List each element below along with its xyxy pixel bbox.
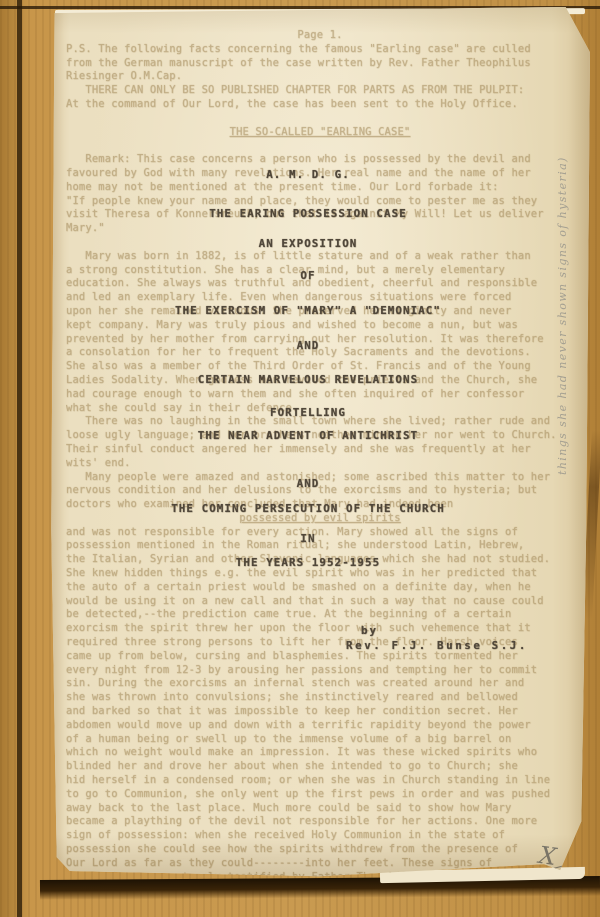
faint-text-line: required three strong persons to lift he… (66, 636, 574, 650)
faint-text-line: possession she could see how the spirits… (66, 843, 574, 857)
faint-text-line: upon her she remained virtuous. She pres… (66, 305, 574, 319)
faint-text-line: visit Theresa of Konnersreuth, but that … (66, 208, 574, 222)
faint-text-line: which no weight would make an impression… (66, 746, 574, 760)
faint-text-line: prevented by her mother from carrying ou… (66, 333, 574, 347)
faint-text-line: Page 1. (66, 29, 574, 43)
faint-text-line: doctors who examined her concluded that … (66, 498, 574, 512)
faint-text-line: and was not responsible for every action… (66, 526, 574, 540)
faint-text-line: Riesinger O.M.Cap. (66, 70, 574, 84)
faint-text-line: sin. During the exorcisms an infernal st… (66, 677, 574, 691)
faint-text-line: a consolation for her to frequent the Ho… (66, 346, 574, 360)
faint-text-line: P.S. The following facts concerning the … (66, 43, 574, 57)
faint-text-line: came up from below, cursing and blasphem… (66, 650, 574, 664)
faint-text-line: what she could say in their defence. (66, 402, 574, 416)
handwritten-margin-note: things she had never shown signs of hyst… (556, 30, 569, 475)
faint-text-line: and barked so that it was impossible to … (66, 705, 574, 719)
faint-text-line: favoured by God with many revelations. H… (66, 167, 574, 181)
faint-text-line: "If people knew your name and place, the… (66, 195, 574, 209)
faint-text-line: THERE CAN ONLY BE SO PUBLISHED CHAPTER F… (66, 84, 574, 98)
faint-text-line: education. She always was truthful and o… (66, 277, 574, 291)
faint-text-line: blinded her and drove her about when she… (66, 760, 574, 774)
faint-text-line: away back to the last place. Much more c… (66, 802, 574, 816)
faint-text-line: She knew hidden things e.g. the evil spi… (66, 567, 574, 581)
faint-text-line: Mary." (66, 222, 574, 236)
faint-text-line: There was no laughing in the small town … (66, 415, 574, 429)
faint-text-line: nervous condition and her delusions to t… (66, 484, 574, 498)
faint-text-line: Remark: This case concerns a person who … (66, 153, 574, 167)
faint-text-line: loose ugly language; and her brothers ne… (66, 429, 574, 443)
faint-text-line: She also was a member of the Third Order… (66, 360, 574, 374)
faint-text-line: abdomen would move up and down with a te… (66, 719, 574, 733)
faint-text-line: exorcism the spirit threw her upon the f… (66, 622, 574, 636)
faint-text-line: possession mentioned in the Roman ritual… (66, 539, 574, 553)
faint-text-line (66, 112, 574, 126)
faint-text-line: Mary was born in 1882, is of little stat… (66, 250, 574, 264)
faint-text-line: Their sinful conduct angered her immense… (66, 443, 574, 457)
faint-text-line: sign of possession: when she received Ho… (66, 829, 574, 843)
faint-text-line: home may not be mentioned at the present… (66, 181, 574, 195)
faint-text-line: and led an exemplary life. Even when dan… (66, 291, 574, 305)
faint-text-line: kept company. Mary was truly pious and w… (66, 319, 574, 333)
faint-text-line: be detected,--the prediction came true. … (66, 608, 574, 622)
faint-text-line (66, 139, 574, 153)
faint-text-line: from the German manuscript of the case w… (66, 57, 574, 71)
faint-text-line: of a human being or swell up to the imme… (66, 733, 574, 747)
faint-text-line: hid herself in a condensed room; or when… (66, 774, 574, 788)
faint-text-line: possessed by evil spirits (66, 512, 574, 526)
faint-text-line: the Italian, Syrian and other Slavonic l… (66, 553, 574, 567)
faint-text-line: THE SO-CALLED "EARLING CASE" (66, 126, 574, 140)
faint-text-line: Many people were amazed and astonished; … (66, 471, 574, 485)
faint-typed-text: Page 1.P.S. The following facts concerni… (66, 29, 574, 877)
faint-text-line: wits' end. (66, 457, 574, 471)
cardboard-edge-line (17, 0, 22, 917)
faint-text-line: Ladies Sodality. When godless men revile… (66, 374, 574, 388)
faint-text-line: would be using it on a new call and that… (66, 595, 574, 609)
faint-text-line: she was thrown into convulsions; she ins… (66, 691, 574, 705)
faint-text-line: had courage enough to warn them and she … (66, 388, 574, 402)
faint-text-line: became a plaything of the devil not resp… (66, 815, 574, 829)
faint-text-line: the auto of a certain priest would be sm… (66, 581, 574, 595)
faint-text-line (66, 236, 574, 250)
paper-sheet: Page 1.P.S. The following facts concerni… (48, 7, 590, 878)
faint-text-line: a strong constitution. She has a clear m… (66, 264, 574, 278)
faint-text-line: every night from 12-3 by arousing her pa… (66, 664, 574, 678)
faint-text-line: to go to Communion, she only went up the… (66, 788, 574, 802)
faint-text-line: At the command of Our Lord, the case has… (66, 98, 574, 112)
scanned-document-photo: { "document": { "kind": "typewritten tit… (0, 0, 600, 917)
